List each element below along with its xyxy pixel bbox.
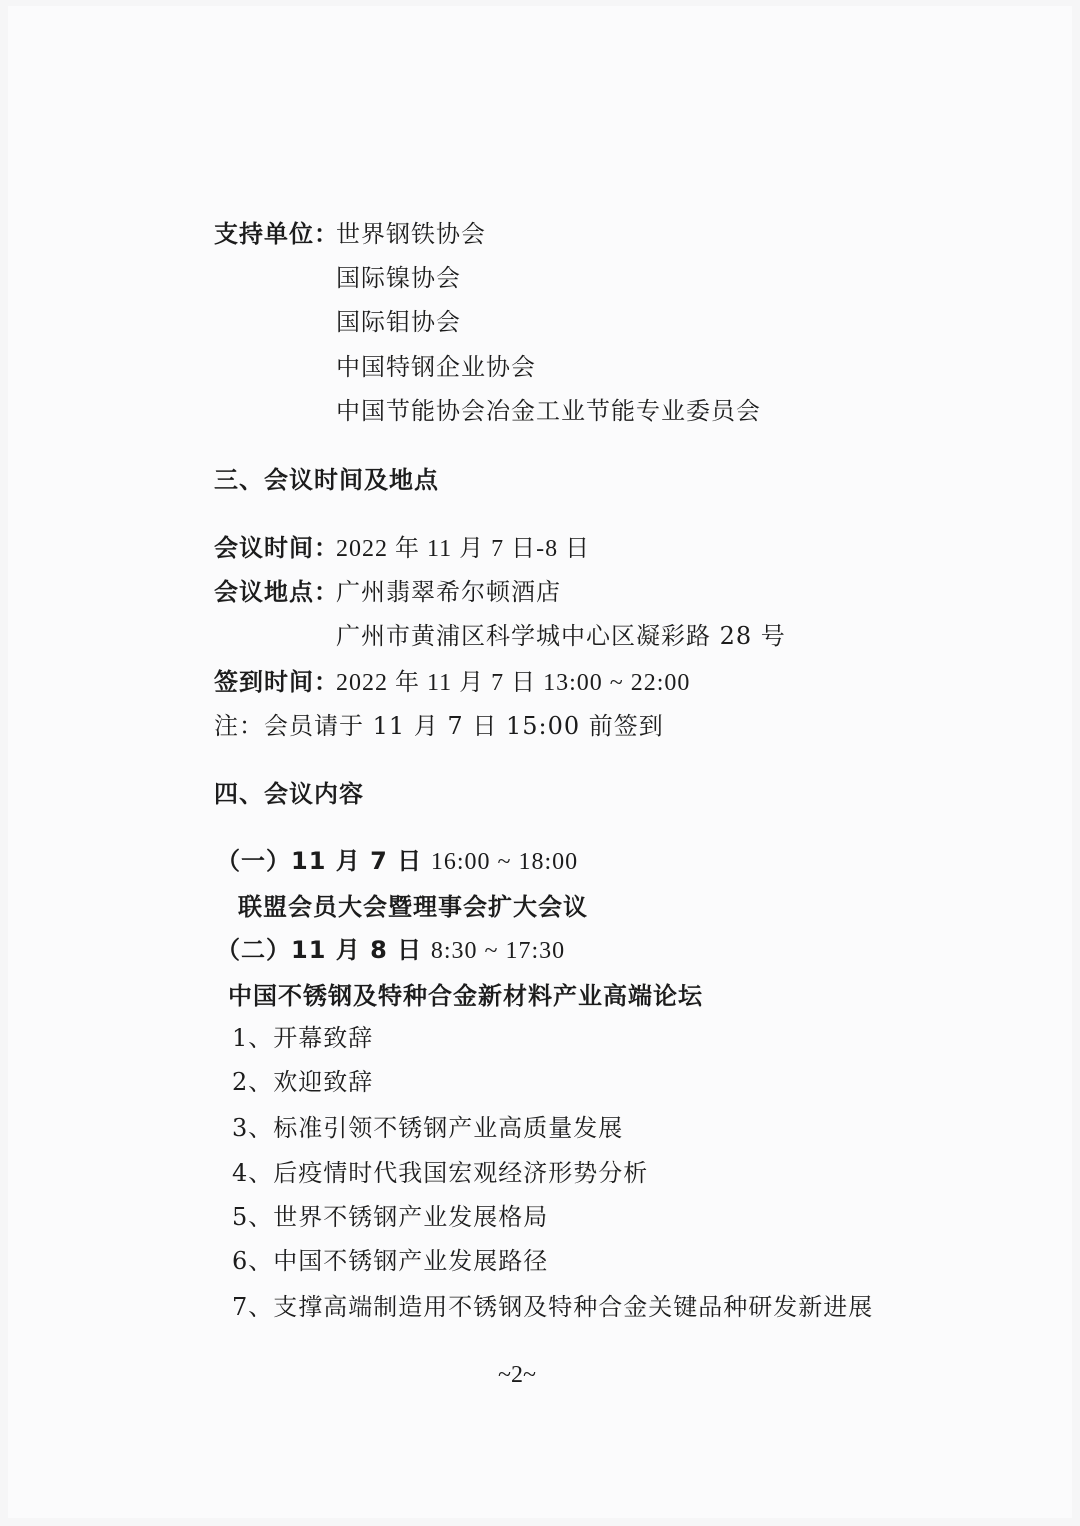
meeting-time-label: 会议时间： <box>214 533 336 563</box>
session-2-date: （二）11 月 8 日 <box>216 936 422 964</box>
meeting-venue-row: 会议地点：广州翡翠希尔顿酒店 <box>214 577 561 607</box>
session-1-title: 联盟会员大会暨理事会扩大会议 <box>238 892 588 922</box>
session-2-time: 8:30 ~ 17:30 <box>431 938 565 964</box>
supporter-item: 中国特钢企业协会 <box>336 352 536 382</box>
session-1-time: 16:00 ~ 18:00 <box>431 849 578 875</box>
checkin-note: 注：会员请于 11 月 7 日 15:00 前签到 <box>214 711 664 741</box>
meeting-venue-label: 会议地点： <box>214 577 336 607</box>
session-1-header: （一）11 月 7 日 16:00 ~ 18:00 <box>216 846 578 877</box>
section-heading: 三、会议时间及地点 <box>214 465 439 495</box>
session-2-title: 中国不锈钢及特种合金新材料产业高端论坛 <box>228 981 703 1011</box>
session-1-date: （一）11 月 7 日 <box>216 847 422 875</box>
agenda-item: 7、支撑高端制造用不锈钢及特种合金关键品种研发新进展 <box>232 1292 873 1322</box>
supporters-label: 支持单位： <box>214 219 336 249</box>
checkin-time-value: 2022 年 11 月 7 日 13:00 ~ 22:00 <box>336 670 690 696</box>
checkin-time-row: 签到时间：2022 年 11 月 7 日 13:00 ~ 22:00 <box>214 667 690 698</box>
supporter-item: 国际镍协会 <box>336 263 461 293</box>
supporter-item: 中国节能协会冶金工业节能专业委员会 <box>336 396 761 426</box>
agenda-item: 4、后疫情时代我国宏观经济形势分析 <box>232 1158 648 1188</box>
checkin-time-label: 签到时间： <box>214 667 336 697</box>
section-heading: 四、会议内容 <box>214 779 364 809</box>
session-2-header: （二）11 月 8 日 8:30 ~ 17:30 <box>216 935 565 966</box>
meeting-time-row: 会议时间：2022 年 11 月 7 日-8 日 <box>214 533 590 564</box>
agenda-item: 5、世界不锈钢产业发展格局 <box>232 1202 548 1232</box>
venue-name: 广州翡翠希尔顿酒店 <box>336 578 561 606</box>
agenda-item: 6、中国不锈钢产业发展路径 <box>232 1246 548 1276</box>
agenda-item: 2、欢迎致辞 <box>232 1067 373 1097</box>
page-number: ~2~ <box>498 1362 536 1389</box>
supporter-item: 国际钼协会 <box>336 307 461 337</box>
agenda-item: 3、标准引领不锈钢产业高质量发展 <box>232 1113 623 1143</box>
agenda-item: 1、开幕致辞 <box>232 1023 373 1053</box>
supporters-row-1: 支持单位：世界钢铁协会 <box>214 219 486 249</box>
supporter-item: 世界钢铁协会 <box>336 220 486 248</box>
meeting-time-value: 2022 年 11 月 7 日-8 日 <box>336 536 590 562</box>
venue-address: 广州市黄浦区科学城中心区凝彩路 28 号 <box>336 621 786 651</box>
